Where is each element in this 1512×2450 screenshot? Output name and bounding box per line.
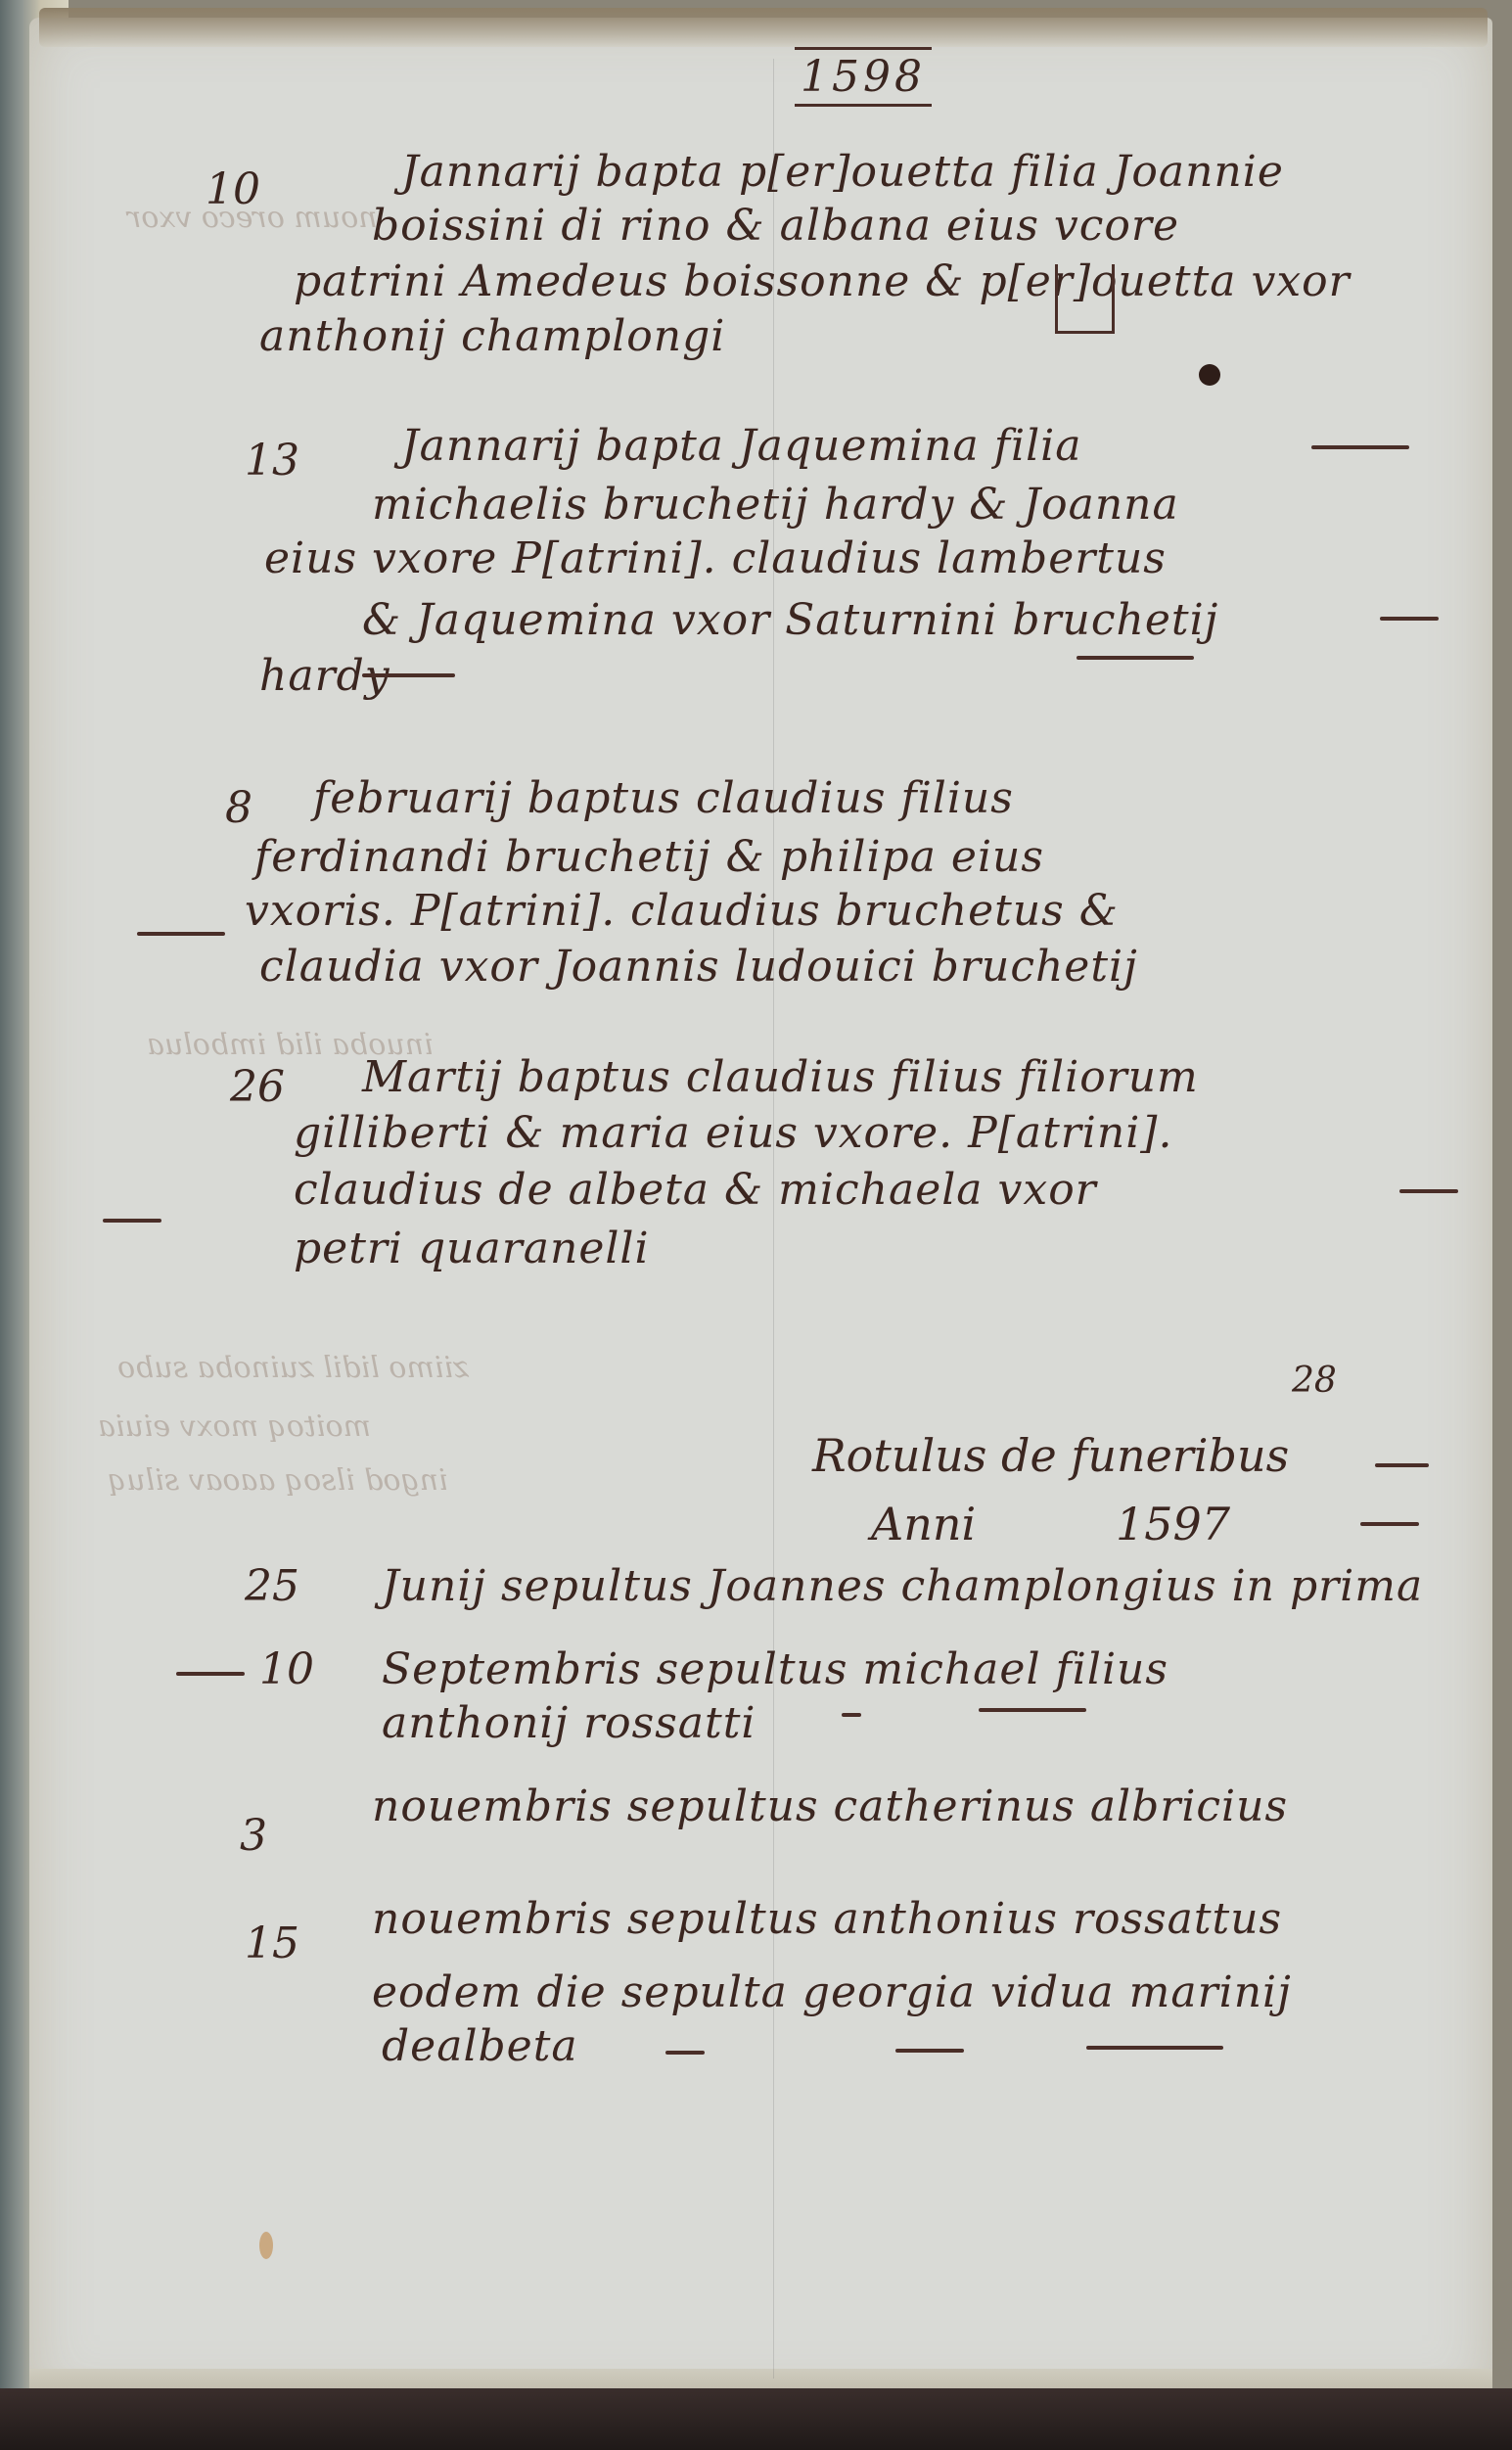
bleed-through-text: moitoq moxv eiuia <box>98 1410 371 1444</box>
marginal-number: 28 <box>1292 1361 1337 1401</box>
margin-dash <box>103 1219 161 1223</box>
entry-line: eius vxore P[atrini]. claudius lambertus <box>264 533 1167 583</box>
line-end-dash <box>1375 1463 1429 1467</box>
entry-line: februarij baptus claudius filius <box>313 773 1014 823</box>
entry-line: michaelis bruchetij hardy & Joanna <box>372 480 1179 530</box>
entry-day: 25 <box>245 1561 299 1611</box>
line-end-dash <box>1086 2046 1223 2050</box>
line-end-dash <box>1311 445 1409 449</box>
line-end-dash <box>895 2049 964 2053</box>
entry-line: ferdinandi bruchetij & philipa eius <box>254 832 1044 882</box>
entry-line: claudia vxor Joannis ludouici bruchetij <box>259 942 1138 992</box>
bleed-through-text: ziimo lidil zuinoba subo <box>117 1351 469 1385</box>
page-top-edge <box>39 8 1488 47</box>
margin-dash <box>137 932 225 936</box>
line-end-dash <box>979 1708 1086 1712</box>
entry-day: 3 <box>240 1811 267 1861</box>
entry-line: boissini di rino & albana eius vcore <box>372 201 1179 251</box>
ink-blot <box>1199 364 1220 386</box>
bleed-through-text: ingod ilsoq aaoav siluq <box>108 1463 448 1498</box>
background-shadow <box>0 2388 1512 2450</box>
entry-line: & Jaquemina vxor Saturnini bruchetij <box>362 595 1218 645</box>
entry-line: Jannarij bapta Jaquemina filia <box>401 421 1081 471</box>
entry-line: anthonij champlongi <box>259 311 725 361</box>
line-end-dash <box>842 1713 861 1717</box>
entry-line: dealbeta <box>382 2021 578 2071</box>
line-end-dash <box>362 673 455 677</box>
section-year: 1597 <box>1116 1498 1230 1550</box>
entry-line: nouembris sepultus catherinus albricius <box>372 1781 1288 1831</box>
entry-line: anthonij rossatti <box>382 1698 756 1748</box>
entry-line: nouembris sepultus anthonius rossattus <box>372 1894 1282 1944</box>
page-fold <box>773 59 774 2379</box>
entry-line: Septembris sepultus michael filius <box>382 1644 1168 1694</box>
line-end-dash <box>1399 1189 1458 1193</box>
entry-line: patrini Amedeus boissonne & p[er]ouetta … <box>294 256 1351 306</box>
entry-line: Martij baptus claudius filius filiorum <box>362 1052 1199 1102</box>
line-end-dash <box>1380 617 1439 621</box>
entry-day: 26 <box>230 1062 285 1112</box>
entry-line: eodem die sepulta georgia vidua marinij <box>372 1967 1292 2017</box>
entry-line: gilliberti & maria eius vxore. P[atrini]… <box>294 1108 1172 1158</box>
entry-day: 15 <box>245 1918 299 1968</box>
entry-line: vxoris. P[atrini]. claudius bruchetus & <box>245 886 1119 936</box>
section-title: Rotulus de funeribus <box>812 1429 1289 1482</box>
entry-line: claudius de albeta & michaela vxor <box>294 1165 1097 1215</box>
paper-stain <box>259 2232 273 2259</box>
line-end-dash <box>1077 656 1194 660</box>
entry-line: Junij sepultus Joannes champlongius in p… <box>382 1561 1423 1611</box>
entry-line: petri quaranelli <box>294 1224 650 1273</box>
entry-day: 8 <box>225 783 252 833</box>
year-header: 1598 <box>795 47 932 107</box>
entry-day: 10 <box>206 164 260 214</box>
entry-day: 13 <box>245 436 299 485</box>
line-end-dash <box>665 2051 705 2055</box>
entry-line: Jannarij bapta p[er]ouetta filia Joannie <box>401 147 1284 197</box>
entry-day: 10 <box>259 1644 314 1694</box>
margin-dash <box>176 1672 245 1676</box>
section-title-anni: Anni <box>871 1498 976 1550</box>
line-end-dash <box>1360 1522 1419 1526</box>
margin-bracket <box>1055 264 1115 334</box>
